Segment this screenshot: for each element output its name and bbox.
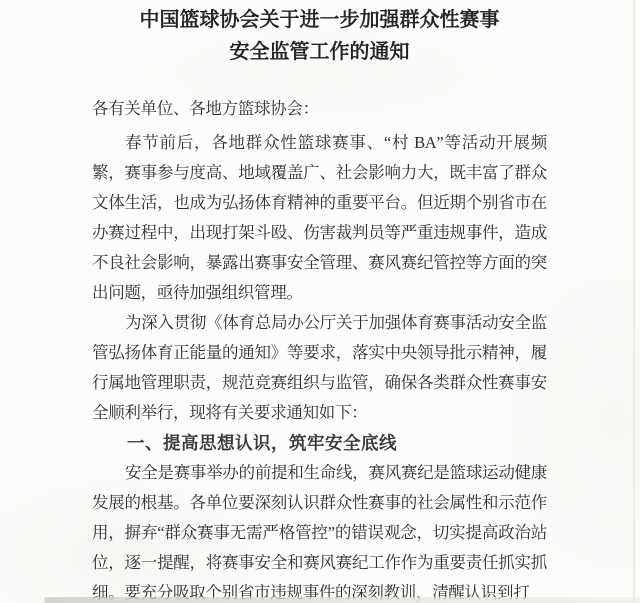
paragraph-policy-basis: 为深入贯彻《体育总局办公厅关于加强体育赛事活动安全监管弘扬体育正能量的通知》等要… [92, 308, 547, 428]
page-edge-line [633, 0, 635, 603]
document-body: 中国篮球协会关于进一步加强群众性赛事 安全监管工作的通知 各有关单位、各地方篮球… [92, 0, 547, 603]
scan-shadow-bottom [44, 597, 640, 603]
paragraph-intro: 春节前后，各地群众性篮球赛事、“村 BA”等活动开展频繁，赛事参与度高、地域覆盖… [92, 128, 547, 308]
document-title-line2: 安全监管工作的通知 [92, 36, 547, 68]
salutation: 各有关单位、各地方篮球协会： [92, 94, 547, 124]
document-title: 中国篮球协会关于进一步加强群众性赛事 安全监管工作的通知 [92, 4, 547, 68]
section-heading-1: 一、提高思想认识，筑牢安全底线 [92, 428, 547, 458]
document-title-line1: 中国篮球协会关于进一步加强群众性赛事 [92, 4, 547, 36]
scanned-document-page: 中国篮球协会关于进一步加强群众性赛事 安全监管工作的通知 各有关单位、各地方篮球… [0, 0, 640, 603]
paragraph-section-1-body: 安全是赛事举办的前提和生命线，赛风赛纪是篮球运动健康发展的根基。各单位要深刻认识… [92, 458, 547, 603]
